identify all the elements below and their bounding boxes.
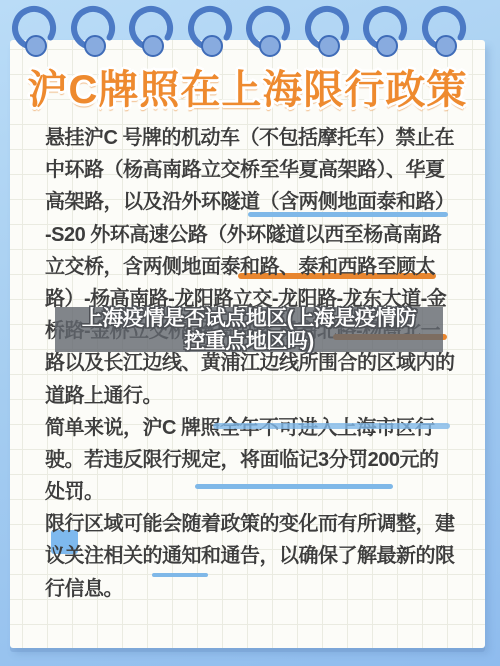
body-line: 处罚。 (45, 476, 463, 508)
blue-strike-highlight (213, 423, 450, 429)
body-line: 中环路（杨高南路立交桥至华夏高架路）、华夏 (45, 154, 463, 186)
binder-ring-icon (418, 1, 470, 59)
overlay-caption-line: 控重点地区吗) (184, 330, 314, 353)
body-line: 限行区域可能会随着政策的变化而有所调整，建 (45, 508, 463, 540)
body-line: 道路上通行。 (45, 380, 463, 412)
body-line: 高架路，以及沿外环隧道（含两侧地面泰和路） (45, 186, 463, 218)
overlay-caption-line: 上海疫情是否试点地区(上海是疫情防 (82, 307, 417, 330)
binder-ring-icon (125, 1, 177, 59)
body-line: 悬挂沪C 号牌的机动车（不包括摩托车）禁止在 (45, 122, 463, 154)
binder-ring-icon (67, 1, 119, 59)
body-line: -S20 外环高速公路（外环隧道以西至杨高南路 (45, 219, 463, 251)
body-line: 立交桥，含两侧地面泰和路、泰和西路至顾太 (45, 251, 463, 283)
infographic-background: 沪C牌照在上海限行政策 悬挂沪C 号牌的机动车（不包括摩托车）禁止在 中环路（杨… (0, 0, 500, 666)
body-line: 议关注相关的通知和通告，以确保了解最新的限 (45, 540, 463, 572)
binder-ring-icon (242, 1, 294, 59)
body-line: 行信息。 (45, 573, 463, 605)
page-title: 沪C牌照在上海限行政策 (10, 58, 485, 115)
spiral-binding (0, 0, 500, 60)
body-line: 驶。若违反限行规定，将面临记3分罚200元的 (45, 444, 463, 476)
binder-ring-icon (359, 1, 411, 59)
policy-body-text: 悬挂沪C 号牌的机动车（不包括摩托车）禁止在 中环路（杨高南路立交桥至华夏高架路… (45, 122, 463, 605)
binder-ring-icon (8, 1, 60, 59)
watermark-caption-overlay: 上海疫情是否试点地区(上海是疫情防 控重点地区吗) (55, 307, 443, 352)
binder-ring-icon (301, 1, 353, 59)
binder-ring-icon (184, 1, 236, 59)
